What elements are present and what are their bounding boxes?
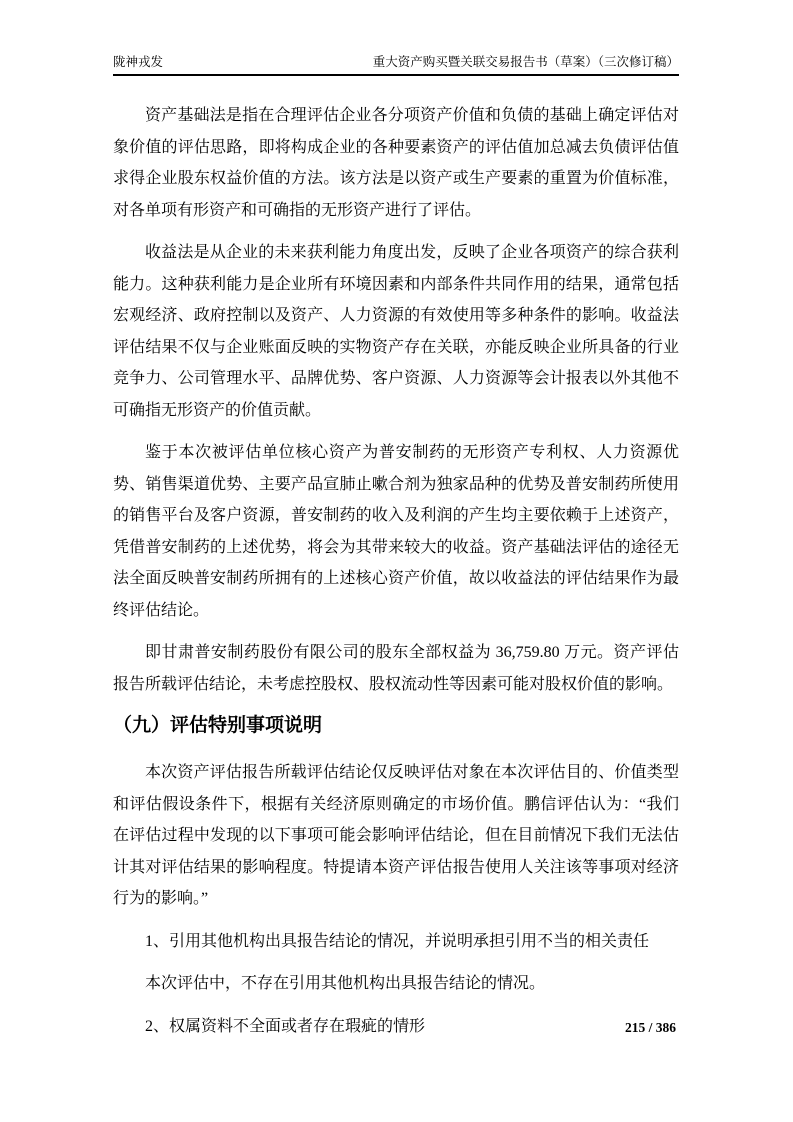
paragraph-equity-value: 即甘肃普安制药股份有限公司的股东全部权益为 36,759.80 万元。资产评估报… bbox=[113, 637, 679, 700]
numbered-item-1-body: 本次评估中，不存在引用其他机构出具报告结论的情况。 bbox=[113, 968, 679, 1000]
section-heading-special-matters: （九）评估特别事项说明 bbox=[113, 711, 679, 741]
paragraph-income-method: 收益法是从企业的未来获利能力角度出发，反映了企业各项资产的综合获利能力。这种获利… bbox=[113, 237, 679, 426]
numbered-item-1-title: 1、引用其他机构出具报告结论的情况，并说明承担引用不当的相关责任 bbox=[113, 926, 679, 958]
paragraph-special-note: 本次资产评估报告所载评估结论仅反映评估对象在本次评估目的、价值类型和评估假设条件… bbox=[113, 757, 679, 915]
document-page: 陇神戎发 重大资产购买暨关联交易报告书（草案）（三次修订稿） 资产基础法是指在合… bbox=[0, 0, 793, 1122]
page-header: 陇神戎发 重大资产购买暨关联交易报告书（草案）（三次修订稿） bbox=[113, 54, 679, 76]
header-report-title: 重大资产购买暨关联交易报告书（草案）（三次修订稿） bbox=[373, 54, 679, 70]
header-company-name: 陇神戎发 bbox=[113, 54, 163, 70]
document-body: 资产基础法是指在合理评估企业各分项资产价值和负债的基础上确定评估对象价值的评估思… bbox=[113, 100, 679, 1042]
paragraph-conclusion-reason: 鉴于本次被评估单位核心资产为普安制药的无形资产专利权、人力资源优势、销售渠道优势… bbox=[113, 437, 679, 626]
page-number: 215 / 386 bbox=[625, 1020, 676, 1036]
paragraph-asset-basis-method: 资产基础法是指在合理评估企业各分项资产价值和负债的基础上确定评估对象价值的评估思… bbox=[113, 100, 679, 226]
numbered-item-2-title: 2、权属资料不全面或者存在瑕疵的情形 bbox=[113, 1011, 679, 1043]
